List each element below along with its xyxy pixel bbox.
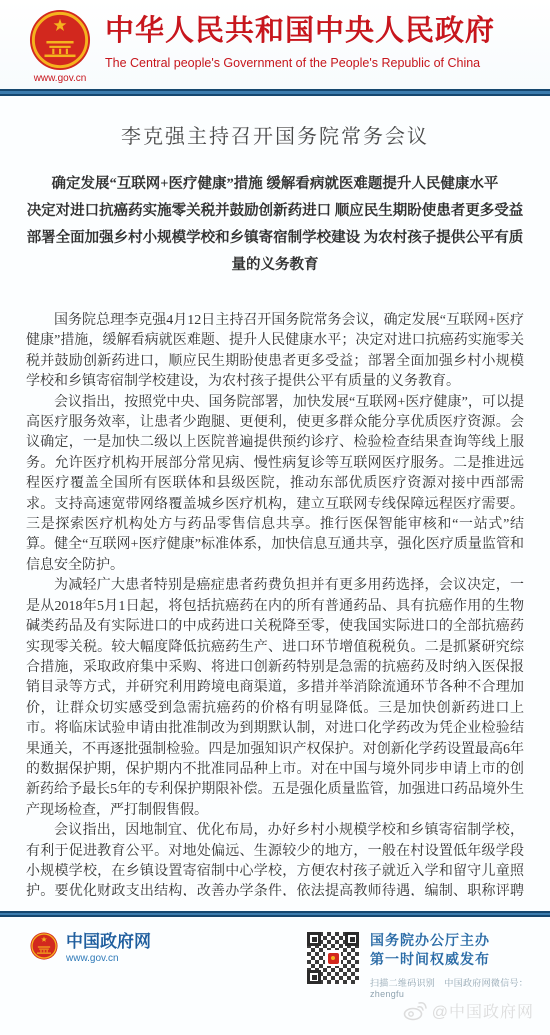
site-header: www.gov.cn 中华人民共和国中央人民政府 The Central peo… <box>0 0 550 89</box>
qr-caption-line: 第一时间权威发布 <box>370 950 550 969</box>
qr-finder-icon <box>345 932 359 946</box>
paragraph: 会议指出，按照党中央、国务院部署，加快发展“互联网+医疗健康”，可以提高医疗服务… <box>26 393 524 577</box>
weibo-watermark: @中国政府网 <box>403 999 534 1022</box>
national-emblem-icon <box>29 9 91 71</box>
qr-center-emblem-icon <box>325 950 341 966</box>
site-subtitle: The Central people's Government of the P… <box>105 56 495 70</box>
footer-site-url[interactable]: www.gov.cn <box>66 953 151 964</box>
summary-line: 决定对进口抗癌药实施零关税并鼓励创新药进口 顺应民生期盼使患者更多受益 <box>26 198 524 225</box>
footer-logo[interactable]: 中国政府网 www.gov.cn <box>30 932 151 964</box>
page: www.gov.cn 中华人民共和国中央人民政府 The Central peo… <box>0 0 550 1035</box>
header-logo[interactable]: www.gov.cn <box>27 9 93 84</box>
qr-note: 扫描二维码识别 中国政府网微信号：zhengfu <box>370 976 550 999</box>
qr-captions: 国务院办公厅主办 第一时间权威发布 扫描二维码识别 中国政府网微信号：zheng… <box>370 931 550 999</box>
article: 李克强主持召开国务院常务会议 确定发展“互联网+医疗健康”措施 缓解看病就医难题… <box>0 96 550 896</box>
footer-site-name[interactable]: 中国政府网 <box>66 932 151 951</box>
paragraph: 国务院总理李克强4月12日主持召开国务院常务会议，确定发展“互联网+医疗健康”措… <box>26 311 524 393</box>
qr-caption-line: 国务院办公厅主办 <box>370 931 550 950</box>
masthead: 中华人民共和国中央人民政府 The Central people's Gover… <box>105 9 495 70</box>
paragraph: 为减轻广大患者特别是癌症患者药费负担并有更多用药选择，会议决定，一是从2018年… <box>26 576 524 821</box>
article-body: 国务院总理李克强4月12日主持召开国务院常务会议，确定发展“互联网+医疗健康”措… <box>26 311 524 896</box>
summary-line: 确定发展“互联网+医疗健康”措施 缓解看病就医难题提升人民健康水平 <box>26 171 524 198</box>
watermark-text: @中国政府网 <box>432 999 534 1022</box>
article-summary: 确定发展“互联网+医疗健康”措施 缓解看病就医难题提升人民健康水平 决定对进口抗… <box>26 171 524 279</box>
qr-code <box>306 931 360 985</box>
national-emblem-icon <box>30 932 58 960</box>
header-divider <box>0 89 550 96</box>
qr-finder-icon <box>307 932 321 946</box>
header-site-url[interactable]: www.gov.cn <box>27 73 93 84</box>
qr-finder-icon <box>307 970 321 984</box>
site-title[interactable]: 中华人民共和国中央人民政府 <box>105 13 495 49</box>
weibo-icon <box>403 1001 427 1021</box>
paragraph: 会议指出，因地制宜、优化布局，办好乡村小规模学校和乡镇寄宿制学校，有利于促进教育… <box>26 821 524 896</box>
footer-qr-block: 国务院办公厅主办 第一时间权威发布 扫描二维码识别 中国政府网微信号：zheng… <box>306 931 550 999</box>
article-title: 李克强主持召开国务院常务会议 <box>26 120 524 149</box>
summary-line: 部署全面加强乡村小规模学校和乡镇寄宿制学校建设 为农村孩子提供公平有质量的义务教… <box>26 225 524 279</box>
